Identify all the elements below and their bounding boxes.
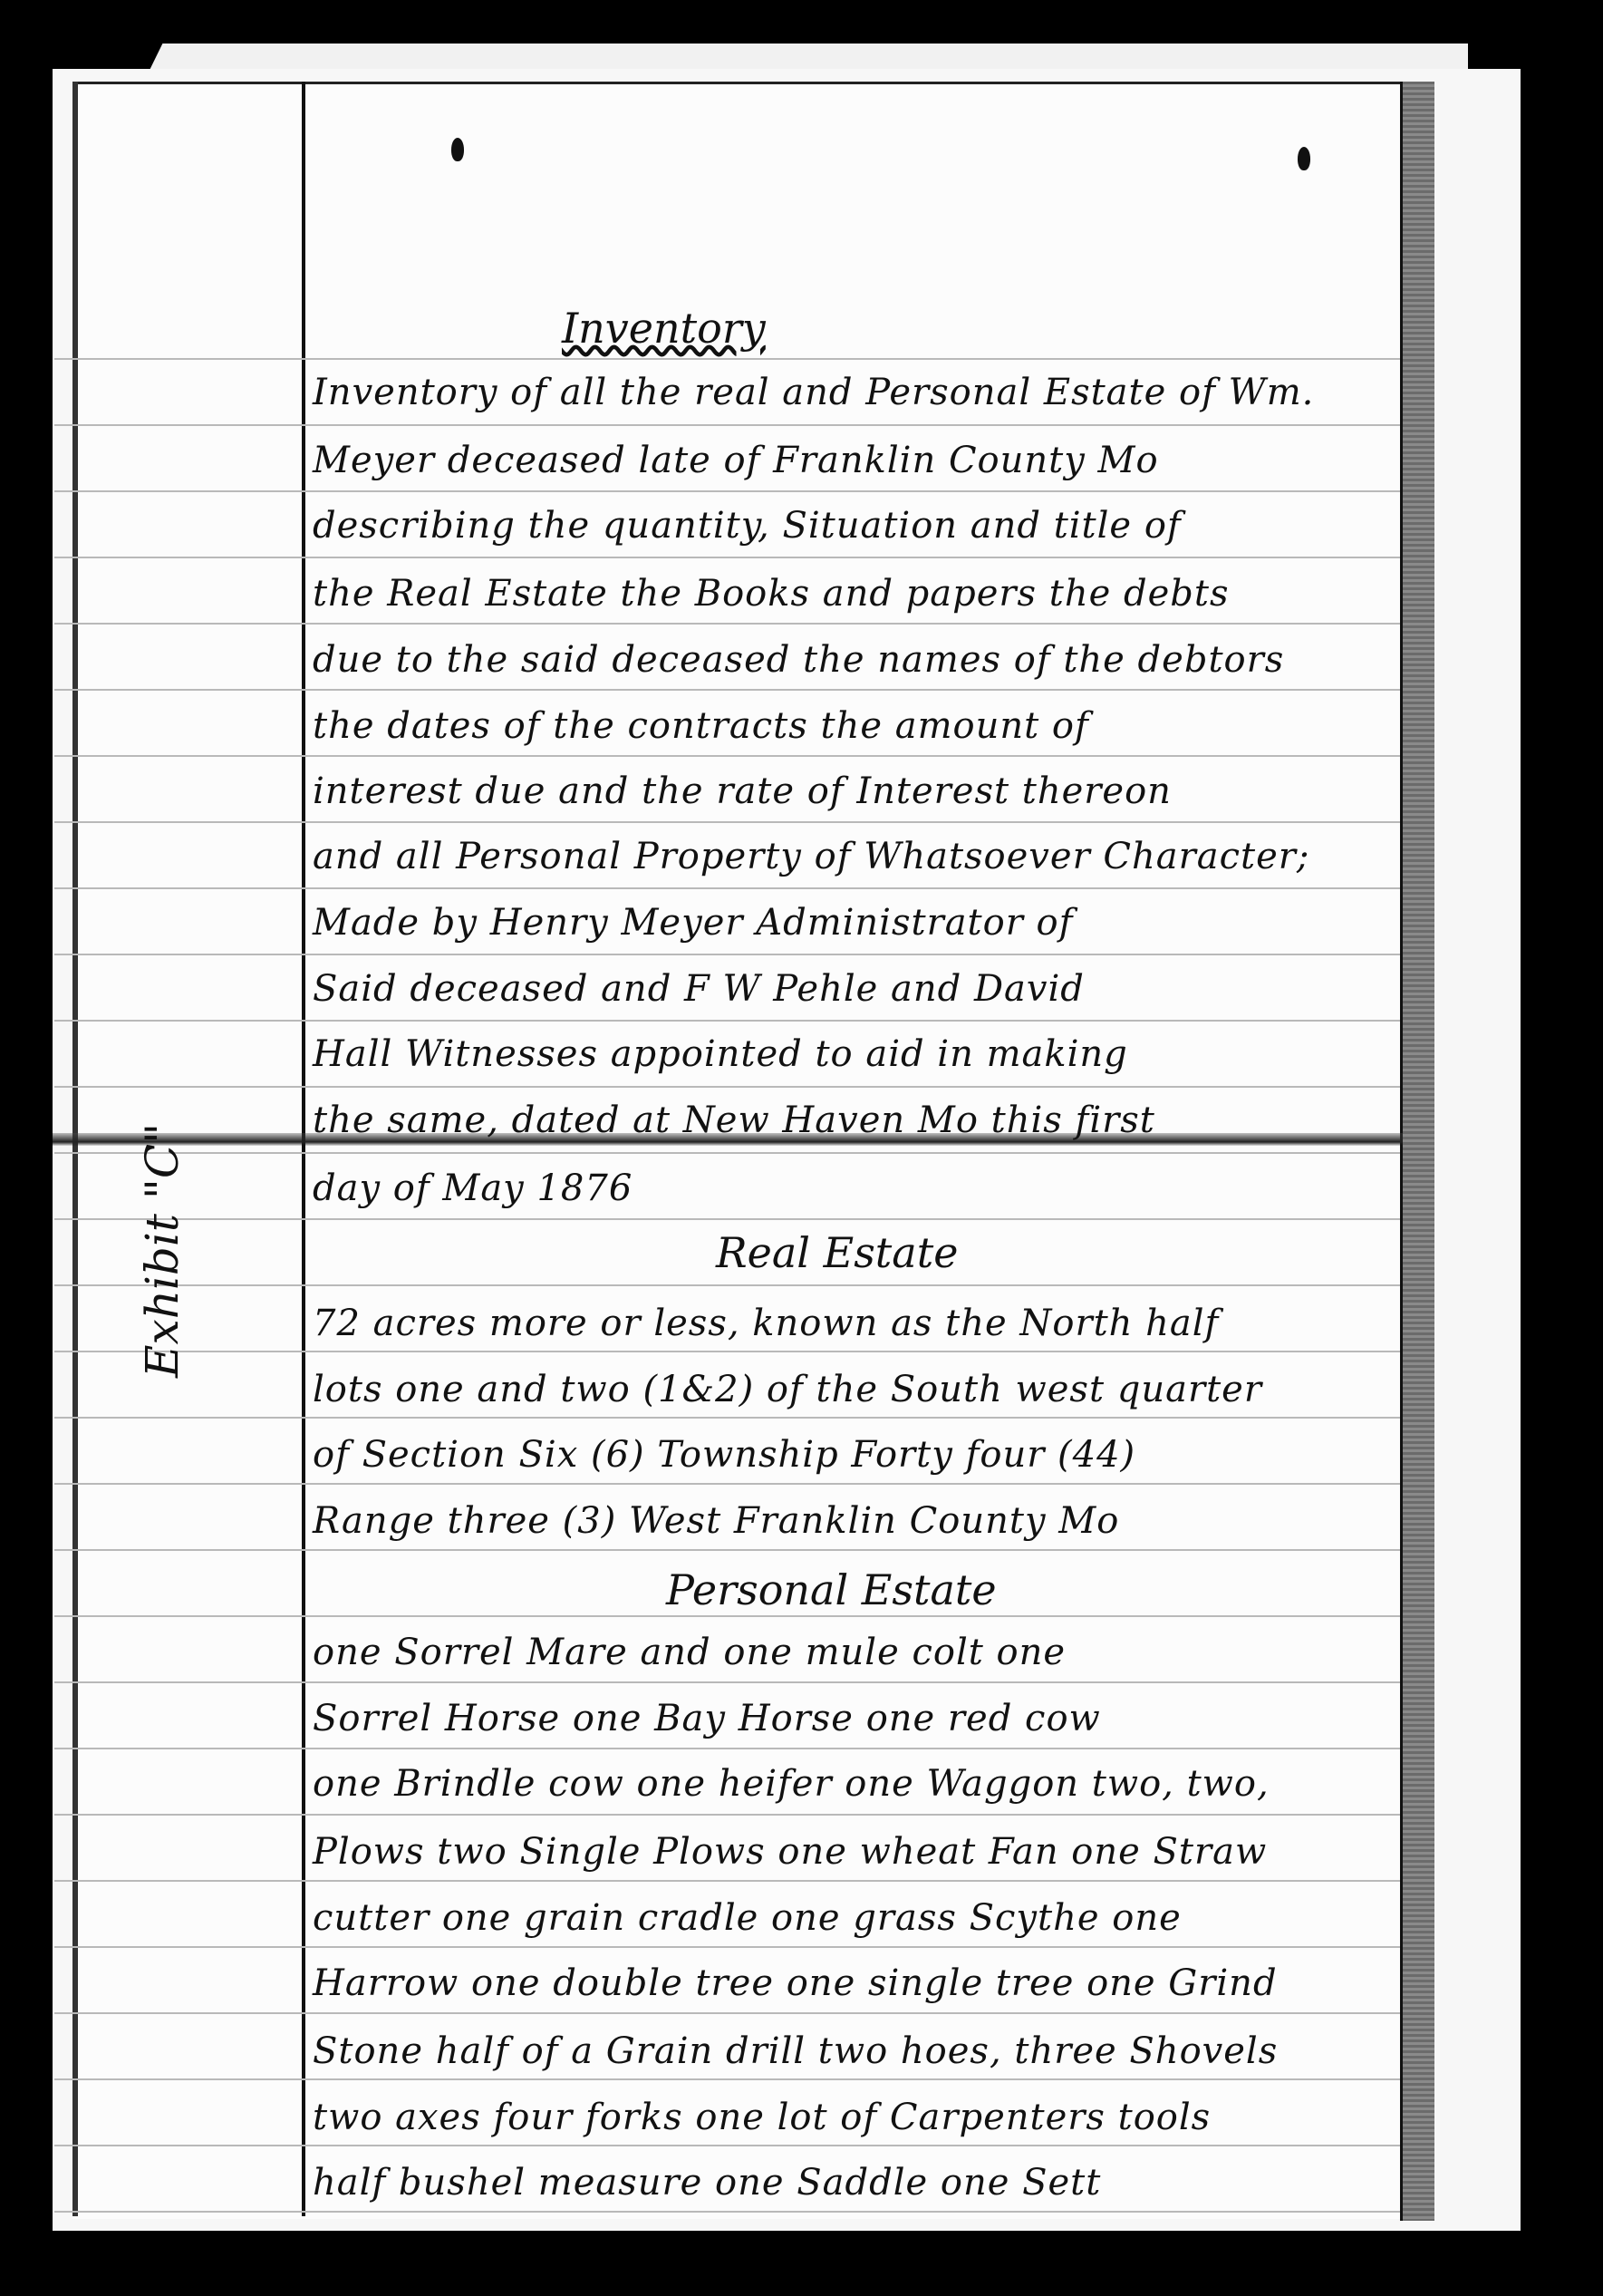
ruled-line xyxy=(54,1417,1400,1419)
handwritten-line: due to the said deceased the names of th… xyxy=(313,639,1391,681)
personal-estate-heading: Personal Estate xyxy=(666,1565,997,1614)
ruled-line xyxy=(54,1549,1400,1551)
punch-hole-left xyxy=(451,138,464,161)
ruled-line xyxy=(54,689,1400,691)
handwritten-line: cutter one grain cradle one grass Scythe… xyxy=(313,1897,1391,1939)
ruled-line xyxy=(54,1615,1400,1617)
ruled-line xyxy=(54,1086,1400,1088)
exhibit-annotation: Exhibit "C" xyxy=(136,1123,188,1378)
handwritten-line: interest due and the rate of Interest th… xyxy=(313,770,1391,812)
margin-rule xyxy=(302,82,305,2216)
handwritten-line: Range three (3) West Franklin County Mo xyxy=(313,1500,1391,1542)
handwritten-line: two axes four forks one lot of Carpenter… xyxy=(313,2097,1391,2138)
ruled-line xyxy=(54,358,1400,360)
handwritten-line: Plows two Single Plows one wheat Fan one… xyxy=(313,1831,1391,1873)
ruled-line xyxy=(54,1152,1400,1154)
punch-hole-right xyxy=(1298,147,1310,170)
handwritten-line: the Real Estate the Books and papers the… xyxy=(313,573,1391,615)
handwritten-line: 72 acres more or less, known as the Nort… xyxy=(313,1303,1391,1344)
handwritten-line: Made by Henry Meyer Administrator of xyxy=(313,902,1391,944)
handwritten-line: Harrow one double tree one single tree o… xyxy=(313,1962,1391,2004)
ruled-line xyxy=(54,623,1400,625)
handwritten-line: Said deceased and F W Pehle and David xyxy=(313,968,1391,1010)
handwritten-line: day of May 1876 xyxy=(313,1167,1391,1209)
handwritten-line: describing the quantity, Situation and t… xyxy=(313,505,1391,547)
handwritten-line: one Sorrel Mare and one mule colt one xyxy=(313,1632,1391,1673)
handwritten-line: Meyer deceased late of Franklin County M… xyxy=(313,440,1391,481)
left-border-rule xyxy=(72,82,78,2216)
handwritten-line: of Section Six (6) Township Forty four (… xyxy=(313,1434,1391,1476)
ruled-line xyxy=(54,1284,1400,1286)
ruled-line xyxy=(54,1483,1400,1485)
ruled-line xyxy=(54,2012,1400,2014)
ruled-line xyxy=(54,1946,1400,1948)
ruled-line xyxy=(54,821,1400,823)
ruled-line xyxy=(54,424,1400,426)
handwritten-line: the same, dated at New Haven Mo this fir… xyxy=(313,1100,1391,1141)
ruled-line xyxy=(54,1351,1400,1352)
handwritten-line: Stone half of a Grain drill two hoes, th… xyxy=(313,2030,1391,2072)
ruled-line xyxy=(54,2078,1400,2080)
real-estate-heading: Real Estate xyxy=(716,1228,958,1277)
handwritten-line: Sorrel Horse one Bay Horse one red cow xyxy=(313,1698,1391,1739)
ruled-line xyxy=(54,1218,1400,1220)
ruled-line xyxy=(54,954,1400,955)
handwritten-line: Hall Witnesses appointed to aid in makin… xyxy=(313,1033,1391,1075)
ruled-line xyxy=(54,557,1400,558)
ruled-line xyxy=(54,1748,1400,1749)
handwritten-line: the dates of the contracts the amount of xyxy=(313,705,1391,747)
ruled-line xyxy=(54,1880,1400,1882)
handwritten-line: half bushel measure one Saddle one Sett xyxy=(313,2162,1391,2204)
handwritten-line: and all Personal Property of Whatsoever … xyxy=(313,836,1391,877)
right-binding-edge xyxy=(1400,82,1434,2221)
ruled-line xyxy=(54,887,1400,889)
ruled-line xyxy=(54,1681,1400,1683)
handwritten-line: one Brindle cow one heifer one Waggon tw… xyxy=(313,1763,1391,1805)
ruled-line xyxy=(54,1814,1400,1816)
ruled-line xyxy=(54,2145,1400,2146)
ruled-line xyxy=(54,490,1400,492)
ruled-line xyxy=(54,2211,1400,2213)
handwritten-line: Inventory of all the real and Personal E… xyxy=(313,372,1391,413)
handwritten-line: lots one and two (1&2) of the South west… xyxy=(313,1369,1391,1410)
ruled-line xyxy=(54,1020,1400,1022)
ruled-line xyxy=(54,755,1400,757)
document-title: Inventory xyxy=(562,304,766,353)
